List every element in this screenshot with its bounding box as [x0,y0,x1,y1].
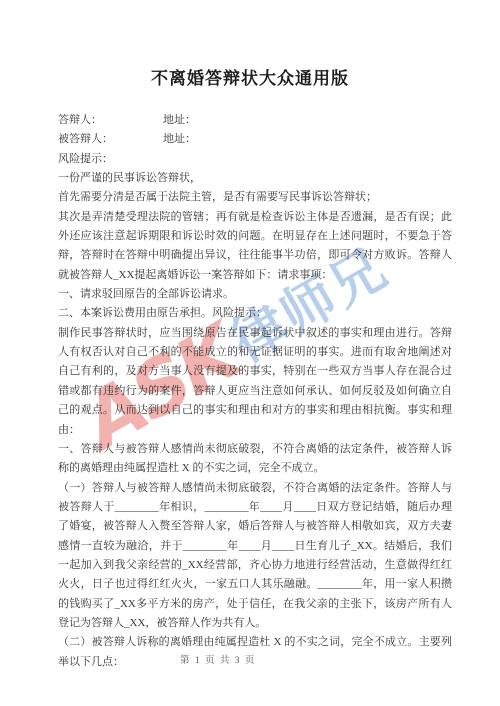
paragraph-intro: 一份严谨的民事诉讼答辩状， [58,169,452,188]
paragraph-fact-1-1: （一）答辩人与被答辩人感情尚未彻底破裂，不符合离婚的法定条件。答辩人与被答辩人于… [58,479,452,634]
document-page: ASK 律师兄 不离婚答辩状大众通用版 答辩人： 地址： 被答辩人： 地址： 风… [0,0,500,706]
paragraph-second-point: 其次是弄清楚受理法院的管辖；再有就是检查诉讼主体是否遗漏，是否有误；此外还应该注… [58,208,452,285]
paragraph-risk-detail: 制作民事答辩状时，应当围绕原告在民事起诉状中叙述的事实和理由进行。答辩人有权否认… [58,324,452,440]
paragraph-first-point: 首先需要分清是否属于法院主管，是否有需要写民事诉讼答辩状； [58,188,452,207]
counter-respondent-label: 被答辩人： [58,130,163,149]
counter-respondent-row: 被答辩人： 地址： [58,130,452,149]
respondent-row: 答辩人： 地址： [58,111,452,130]
counter-respondent-address-label: 地址： [163,130,196,149]
document-body: 答辩人： 地址： 被答辩人： 地址： 风险提示： 一份严谨的民事诉讼答辩状， 首… [58,111,452,672]
page-number-footer: 第 1 页 共 3 页 [58,652,378,666]
paragraph-fact-1: 一、答辩人与被答辩人感情尚未彻底破裂，不符合离婚的法定条件，被答辩人诉称的离婚理… [58,440,452,479]
paragraph-request-1: 一、请求驳回原告的全部诉讼请求。 [58,285,452,304]
paragraph-risk-heading: 风险提示： [58,150,452,169]
document-title: 不离婚答辩状大众通用版 [0,64,500,89]
respondent-label: 答辩人： [58,111,163,130]
paragraph-request-2: 二、本案诉讼费用由原告承担。风险提示： [58,304,452,323]
respondent-address-label: 地址： [163,111,196,130]
